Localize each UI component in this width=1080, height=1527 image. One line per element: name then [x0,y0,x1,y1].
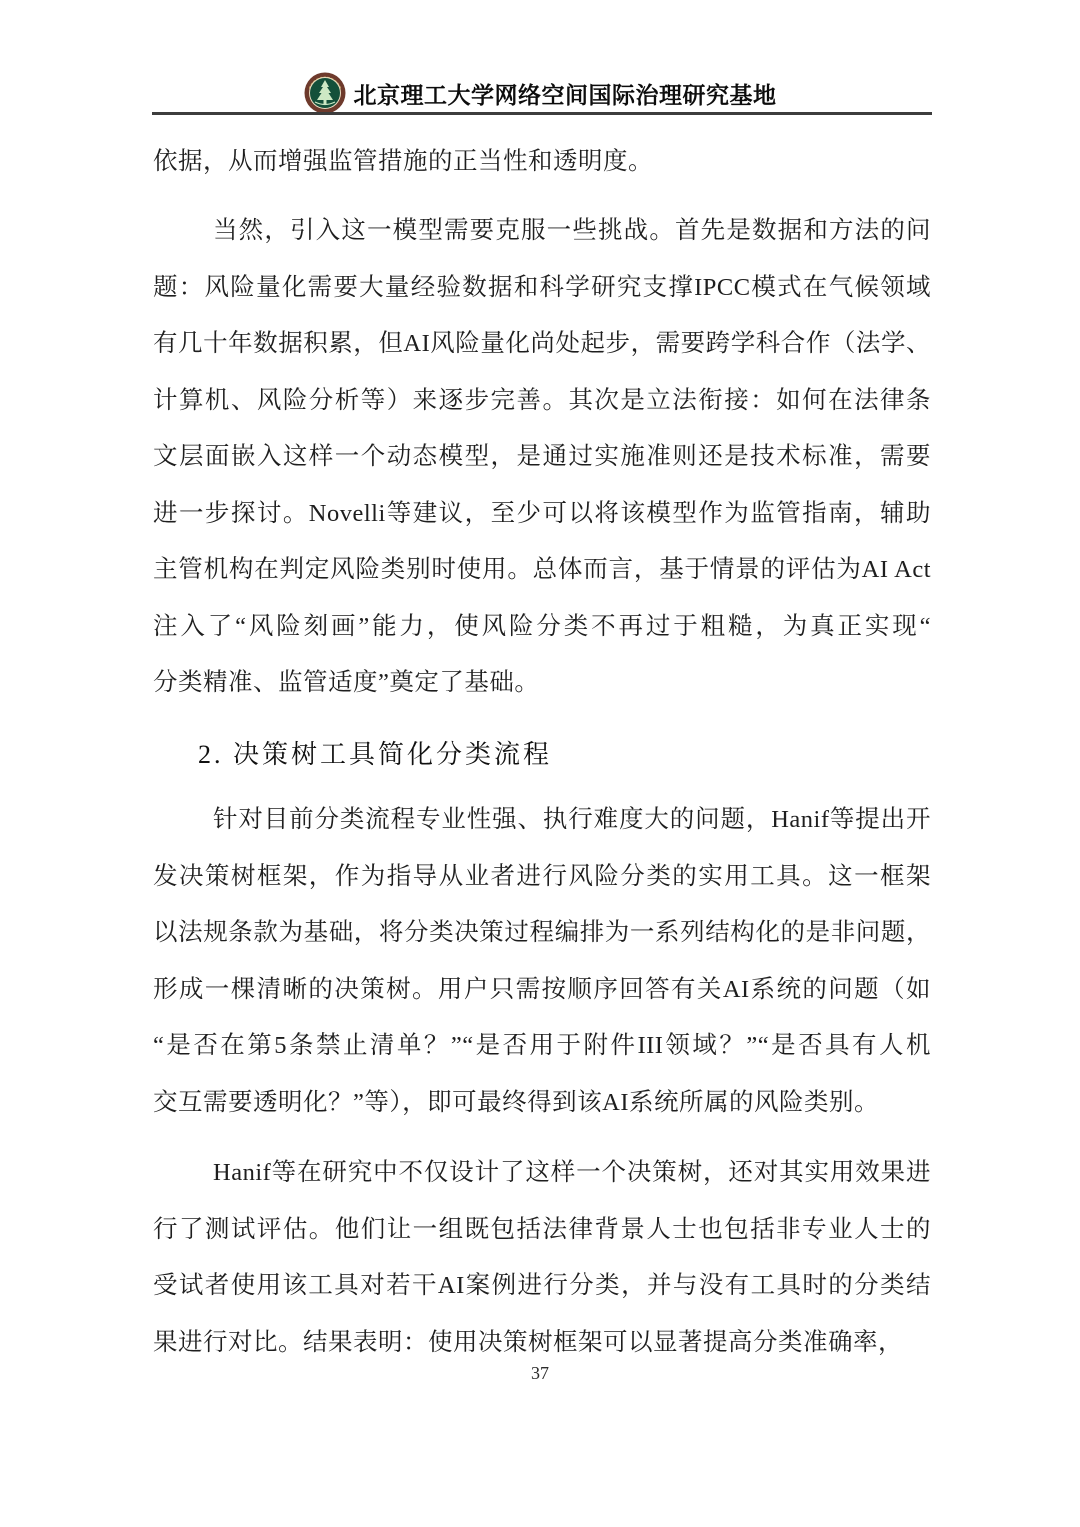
text-line: 分类精准、监管适度”奠定了基础。 [153,655,931,712]
text-line: 当然，引入这一模型需要克服一些挑战。首先是数据和方法的问 [153,203,931,260]
text-line: 题：风险量化需要大量经验数据和科学研究支撑IPCC模式在气候领域 [153,260,931,317]
text-line: Hanif等在研究中不仅设计了这样一个决策树，还对其实用效果进 [153,1145,931,1202]
text-line: 受试者使用该工具对若干AI案例进行分类，并与没有工具时的分类结 [153,1258,931,1315]
page-number: 37 [0,1363,1080,1384]
text-line: 行了测试评估。他们让一组既包括法律背景人士也包括非专业人士的 [153,1202,931,1259]
document-page: 北京理工大学网络空间国际治理研究基地 依据，从而增强监管措施的正当性和透明度。 … [0,0,1080,1527]
paragraph: Hanif等在研究中不仅设计了这样一个决策树，还对其实用效果进 行了测试评估。他… [153,1145,931,1371]
text-line: 以法规条款为基础，将分类决策过程编排为一系列结构化的是非问题， [153,905,931,962]
text-line: 计算机、风险分析等）来逐步完善。其次是立法衔接：如何在法律条 [153,373,931,430]
text-line: 针对目前分类流程专业性强、执行难度大的问题，Hanif等提出开 [153,792,931,849]
document-body: 依据，从而增强监管措施的正当性和透明度。 当然，引入这一模型需要克服一些挑战。首… [153,134,931,1371]
text-line: 形成一棵清晰的决策树。用户只需按顺序回答有关AI系统的问题（如 [153,962,931,1019]
university-emblem-icon [304,72,346,114]
paragraph-continuation: 依据，从而增强监管措施的正当性和透明度。 [153,134,931,191]
text-line: 依据，从而增强监管措施的正当性和透明度。 [153,134,931,191]
text-line: 主管机构在判定风险类别时使用。总体而言，基于情景的评估为AI Act [153,542,931,599]
header-divider [152,112,932,115]
text-line: 发决策树框架，作为指导从业者进行风险分类的实用工具。这一框架 [153,849,931,906]
text-line: 文层面嵌入这样一个动态模型，是通过实施准则还是技术标准，需要 [153,429,931,486]
header-title: 北京理工大学网络空间国际治理研究基地 [354,77,777,110]
text-line: 有几十年数据积累，但AI风险量化尚处起步，需要跨学科合作（法学、 [153,316,931,373]
text-line: 交互需要透明化？”等），即可最终得到该AI系统所属的风险类别。 [153,1075,931,1132]
text-line: 注入了“风险刻画”能力，使风险分类不再过于粗糙，为真正实现“ [153,599,931,656]
paragraph: 针对目前分类流程专业性强、执行难度大的问题，Hanif等提出开 发决策树框架，作… [153,792,931,1131]
text-line: 进一步探讨。Novelli等建议，至少可以将该模型作为监管指南，辅助 [153,486,931,543]
page-header: 北京理工大学网络空间国际治理研究基地 [0,72,1080,114]
paragraph: 当然，引入这一模型需要克服一些挑战。首先是数据和方法的问 题：风险量化需要大量经… [153,203,931,712]
text-line: “是否在第5条禁止清单？”“是否用于附件III领域？”“是否具有人机 [153,1018,931,1075]
section-heading: 2. 决策树工具简化分类流程 [153,727,931,784]
